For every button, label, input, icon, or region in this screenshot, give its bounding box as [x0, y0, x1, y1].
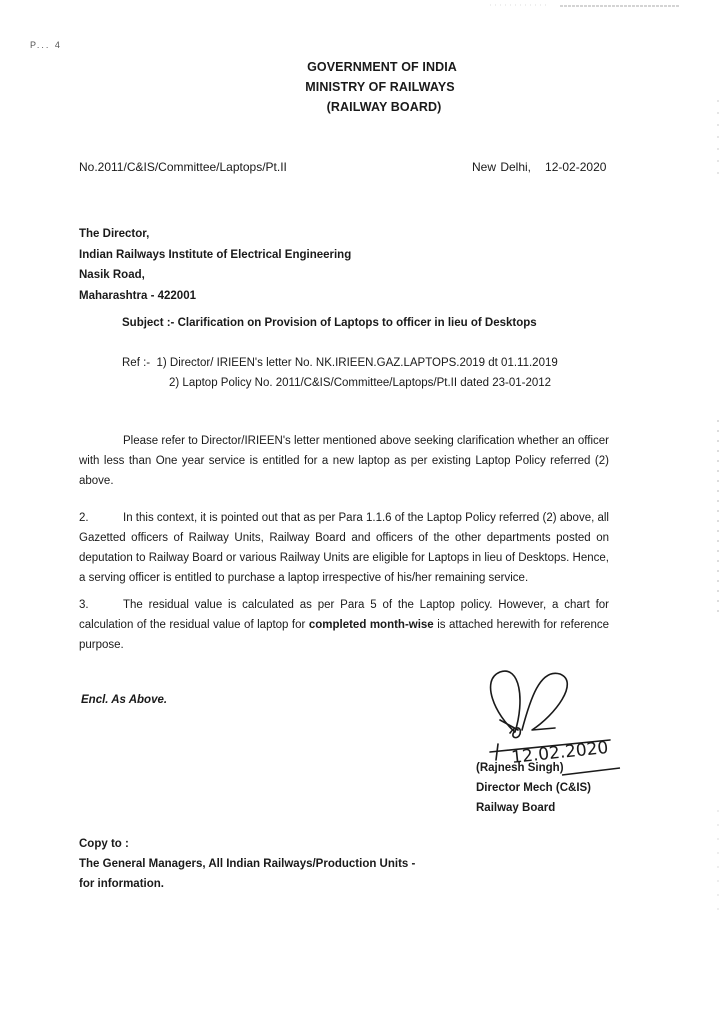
- addressee-institute: Indian Railways Institute of Electrical …: [79, 245, 351, 266]
- reference-number: No.2011/C&IS/Committee/Laptops/Pt.II: [79, 160, 287, 174]
- enclosure-note: Encl. As Above.: [81, 694, 167, 706]
- paragraph-1: Please refer to Director/IRIEEN's letter…: [79, 431, 609, 491]
- reference-2: 2) Laptop Policy No. 2011/C&IS/Committee…: [122, 373, 558, 393]
- addressee-block: The Director, Indian Railways Institute …: [79, 224, 351, 306]
- subject-line: Subject :- Clarification on Provision of…: [122, 317, 537, 329]
- letterhead-line-ministry: MINISTRY OF RAILWAYS: [18, 77, 724, 97]
- paragraph-2-number: 2.: [79, 508, 123, 528]
- scan-noise-top: [480, 3, 724, 9]
- scan-page-mark: P... 4: [30, 40, 62, 50]
- place-date: New Delhi,12-02-2020: [472, 160, 606, 174]
- references-label: Ref :-: [122, 357, 150, 369]
- signatory-designation: Director Mech (C&IS): [476, 778, 591, 798]
- paragraph-3-number: 3.: [79, 595, 123, 615]
- paragraph-1-text: Please refer to Director/IRIEEN's letter…: [79, 435, 609, 487]
- copy-to-label: Copy to :: [79, 834, 415, 854]
- signatory-office: Railway Board: [476, 798, 591, 818]
- addressee-state: Maharashtra - 422001: [79, 286, 351, 307]
- place: New Delhi,: [472, 160, 531, 174]
- paragraph-3-emphasis: completed month-wise: [309, 619, 434, 631]
- paragraph-3: 3.The residual value is calculated as pe…: [79, 595, 609, 655]
- copy-to-block: Copy to : The General Managers, All Indi…: [79, 834, 415, 894]
- signatory-name: (Rajnesh Singh): [476, 758, 591, 778]
- signatory-block: (Rajnesh Singh) Director Mech (C&IS) Rai…: [476, 758, 591, 818]
- scan-noise-edge: [712, 60, 722, 960]
- letter-date: 12-02-2020: [545, 160, 606, 174]
- addressee-street: Nasik Road,: [79, 265, 351, 286]
- paragraph-2-text: In this context, it is pointed out that …: [79, 512, 609, 584]
- copy-to-recipients: The General Managers, All Indian Railway…: [79, 854, 415, 874]
- references-block: Ref :- 1) Director/ IRIEEN's letter No. …: [122, 353, 558, 393]
- letterhead: GOVERNMENT OF INDIA MINISTRY OF RAILWAYS…: [0, 57, 724, 117]
- copy-to-purpose: for information.: [79, 874, 415, 894]
- addressee-title: The Director,: [79, 224, 351, 245]
- reference-1: 1) Director/ IRIEEN's letter No. NK.IRIE…: [157, 357, 558, 369]
- letterhead-line-board: (RAILWAY BOARD): [22, 97, 724, 117]
- paragraph-2: 2.In this context, it is pointed out tha…: [79, 508, 609, 588]
- letterhead-line-government: GOVERNMENT OF INDIA: [20, 57, 724, 77]
